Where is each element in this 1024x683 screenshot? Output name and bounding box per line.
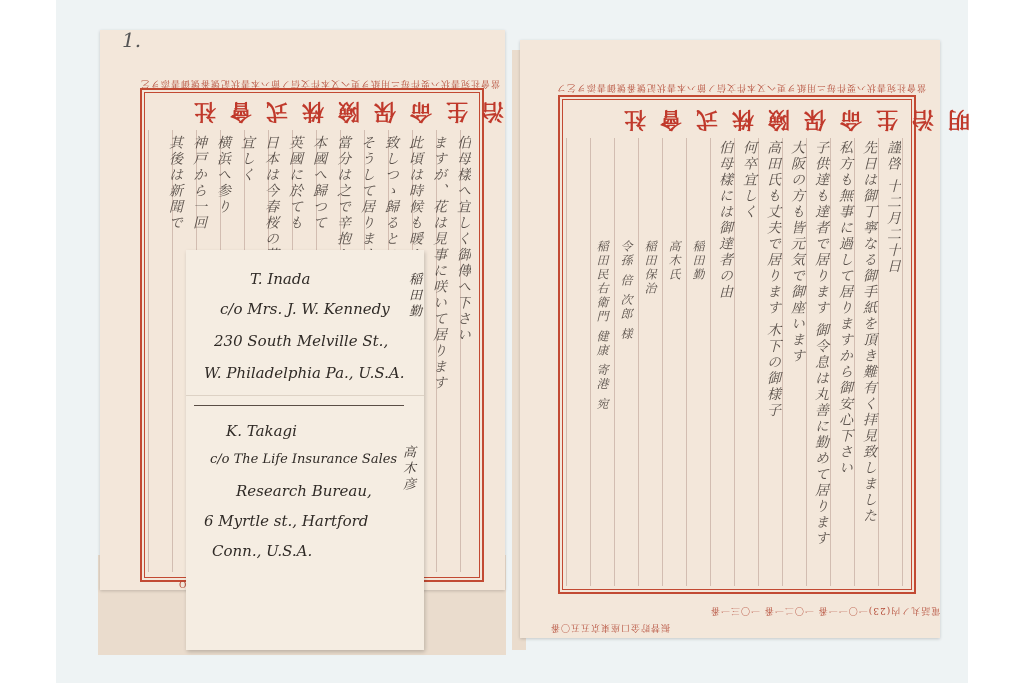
sender-line4: Conn., U.S.A. — [212, 542, 312, 560]
company-name: 明治生命保險株式會社 — [180, 97, 540, 128]
page-number: 1. — [122, 28, 141, 52]
sender-line2: Research Bureau, — [236, 482, 372, 500]
recipient-line3: W. Philadelphia Pa., U.S.A. — [204, 364, 404, 382]
sender-japanese-name: 高木彦 — [398, 445, 417, 493]
address-note: T. Inada c/o Mrs. J. W. Kennedy 230 Sout… — [186, 250, 424, 650]
signature-block: 稲田勤 高木氏 稲田保治 令孫 倍 次郎 様 稲田民右衛門 健康 寄港 宛 — [570, 240, 710, 460]
letter-body: 謹啓 十二月二十日 先日は御丁寧なる御手紙を頂き難有く拝見致しました 私方も無事… — [720, 140, 905, 580]
letterhead-notice: 當會社宛書状ハ要件毎ニ用紙ヲ更ヘ又本件文信ノ節ハ本書状記號番號御書添ヲ乞フ — [556, 82, 926, 95]
sender-line3: 6 Myrtle st., Hartford — [204, 512, 368, 530]
sender-name: K. Takagi — [226, 422, 297, 440]
footer-account: 振替貯金口座東京五五〇番 — [550, 622, 670, 635]
fold-crease — [186, 395, 424, 396]
divider — [194, 405, 404, 406]
recipient-japanese-name: 稲田勤 — [404, 272, 423, 320]
footer-phone: 電話丸ノ内(23)一〇一一番 一〇二一番 一〇三一番 — [710, 605, 940, 618]
recipient-line1: c/o Mrs. J. W. Kennedy — [220, 300, 390, 318]
company-name: 明治生命保險株式會社 — [610, 105, 970, 136]
recipient-name: T. Inada — [250, 270, 310, 288]
right-letter: 當會社宛書状ハ要件毎ニ用紙ヲ更ヘ又本件文信ノ節ハ本書状記號番號御書添ヲ乞フ 明治… — [520, 40, 940, 638]
recipient-line2: 230 South Melville St., — [214, 332, 388, 350]
sender-line1: c/o The Life Insurance Sales — [210, 452, 397, 467]
